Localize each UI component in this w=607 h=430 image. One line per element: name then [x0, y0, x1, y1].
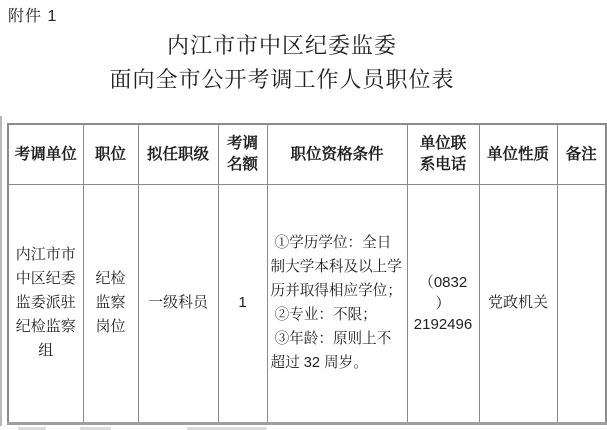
- header-cell-rank: 拟任职级: [138, 124, 218, 184]
- header-cell-quota: 考调 名额: [218, 124, 267, 184]
- header-cell-qualifications: 职位资格条件: [267, 124, 407, 184]
- attachment-label: 附件 1: [8, 3, 57, 26]
- cell-remarks: [557, 184, 606, 423]
- cell-unit: 内江市市 中区纪委 监委派驻 纪检监察 组: [8, 184, 83, 423]
- table-header-row: 考调单位 职位 拟任职级 考调 名额 职位资格条件 单位联 系电话 单位性质 备…: [8, 124, 606, 184]
- title-block: 内江市市中区纪委监委 面向全市公开考调工作人员职位表: [0, 29, 564, 97]
- page-title-line2: 面向全市公开考调工作人员职位表: [0, 63, 564, 97]
- cell-phone: （0832 ） 2192496: [407, 184, 479, 423]
- cell-unit-type: 党政机关: [479, 184, 557, 423]
- cell-rank: 一级科员: [138, 184, 218, 423]
- cell-qualifications: ①学历学位：全日 制大学本科及以上学 历并取得相应学位； ②专业：不限； ③年龄…: [267, 184, 407, 423]
- header-cell-unit-type: 单位性质: [479, 124, 557, 184]
- table-row: 内江市市 中区纪委 监委派驻 纪检监察 组 纪检 监察 岗位 一级科员 1 ①学…: [8, 184, 606, 423]
- cell-quota: 1: [218, 184, 267, 423]
- scan-edge-artifact: [0, 116, 2, 426]
- header-cell-remarks: 备注: [557, 124, 606, 184]
- header-cell-unit: 考调单位: [8, 124, 83, 184]
- position-table: 考调单位 职位 拟任职级 考调 名额 职位资格条件 单位联 系电话 单位性质 备…: [7, 123, 607, 425]
- header-cell-position: 职位: [83, 124, 138, 184]
- page-title-line1: 内江市市中区纪委监委: [0, 29, 564, 63]
- header-cell-phone: 单位联 系电话: [407, 124, 479, 184]
- cell-position: 纪检 监察 岗位: [83, 184, 138, 423]
